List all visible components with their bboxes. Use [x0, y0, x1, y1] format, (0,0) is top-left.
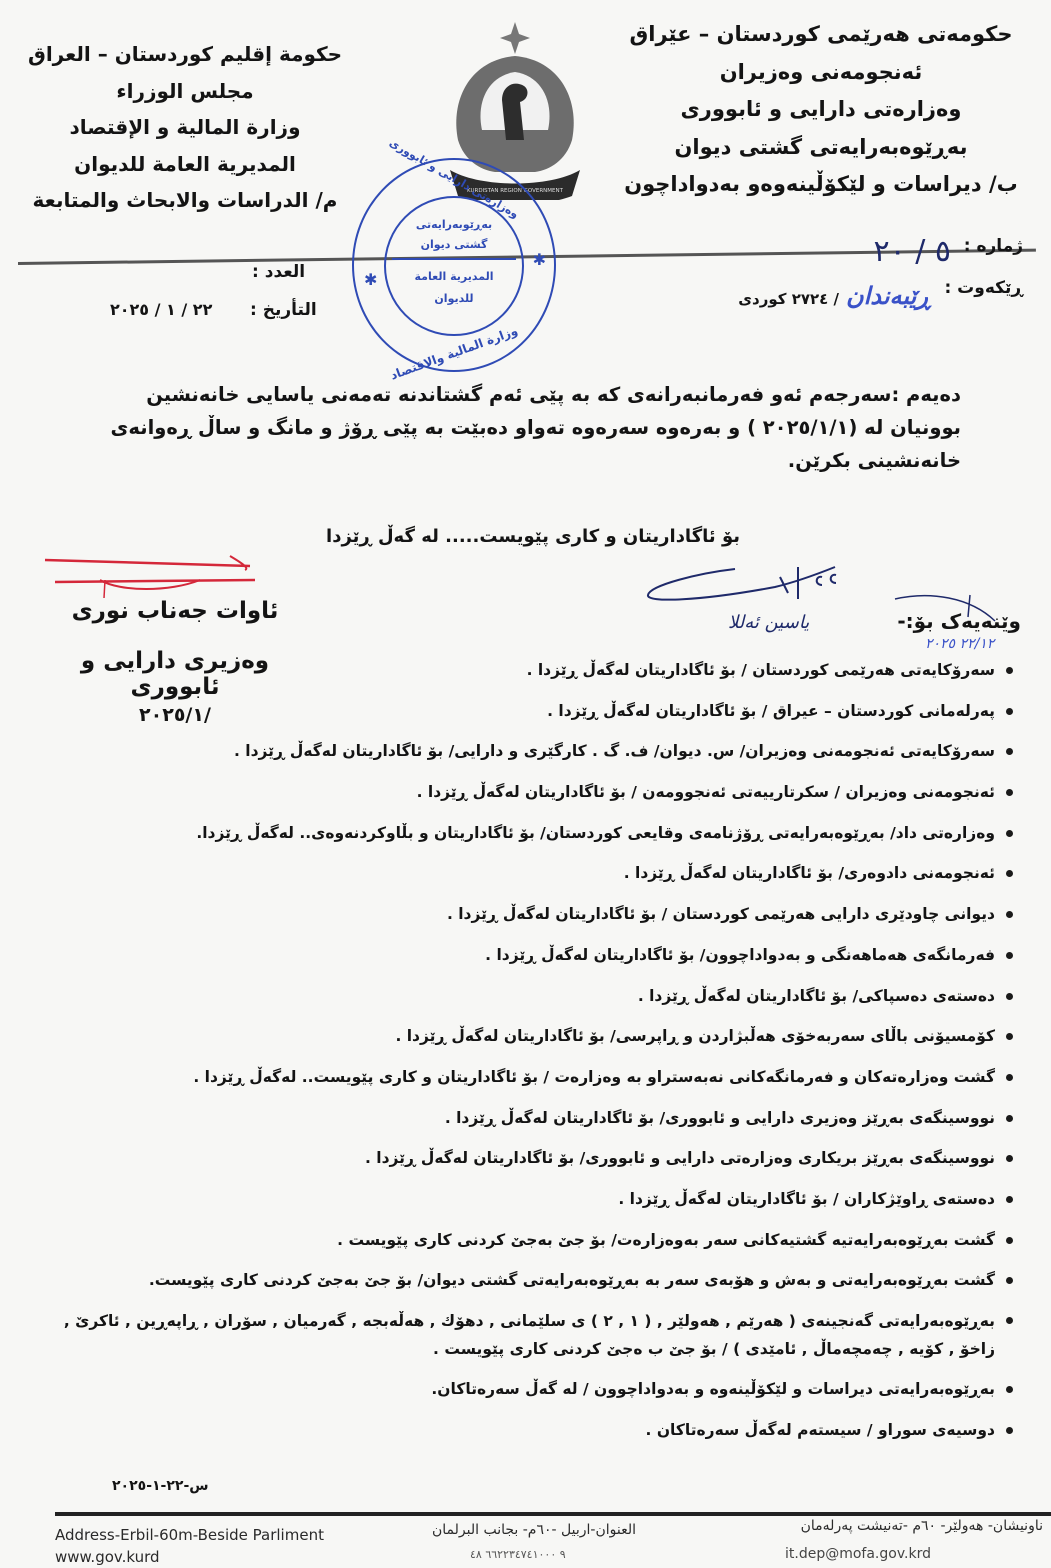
header-arabic-line: المديرية العامة للديوان: [20, 146, 350, 183]
date-handwritten-month: ڕێبەندان: [846, 282, 931, 310]
cc-item: گشت بەڕێوەبەرایەتی و بەش و هۆبەی سەر بە …: [25, 1260, 1015, 1301]
cc-item: بەڕێوەبەرایەتی دیراسات و لێکۆڵینەوە و بە…: [25, 1369, 1015, 1410]
header-kurdish-line: بەڕێوەبەرایەتی گشتی دیوان: [621, 129, 1021, 167]
stamp-star-icon: ✱: [364, 270, 377, 289]
closing-line: بۆ ئاگاداریتان و کاری پێویست..... لە گەڵ…: [300, 526, 740, 547]
ar-number-label: العدد :: [252, 262, 305, 282]
cc-item: دەستەی ڕاوێژکاران / بۆ ئاگاداریتان لەگەڵ…: [25, 1179, 1015, 1220]
date-value: ڕێبەندان / ٢٧٢٤ كوردی: [738, 282, 931, 310]
cc-item: پەرلەمانی کوردستان – عیراق / بۆ ئاگاداری…: [25, 691, 1015, 732]
cc-item: نووسینگەی بەڕێز وەزیری دارایی و ئابووری/…: [25, 1098, 1015, 1139]
stamp-inner-circle: بەڕێوبەرایەتی گشتی دیوان المديرية العامة…: [384, 196, 524, 336]
cc-list: سەرۆکایەتی هەرێمی کوردستان / بۆ ئاگاداری…: [25, 650, 1015, 1450]
header-arabic-line: حكومة إقليم كوردستان – العراق: [20, 36, 350, 73]
header-arabic: حكومة إقليم كوردستان – العراق مجلس الوزر…: [20, 36, 350, 219]
ar-date-label: التأريخ :: [250, 300, 317, 320]
footer-divider: [55, 1512, 1051, 1516]
footer-address-ar: العنوان-اربيل -٦٠م- بجانب البرلمان: [432, 1522, 636, 1538]
header-kurdish-line: حکومەتی هەرێمی کوردستان – عێراق: [621, 16, 1021, 54]
typist-reference: س-٢٢-١-٢٠٢٥: [112, 1478, 209, 1494]
cc-title: وێنەیەک بۆ:-: [897, 609, 1021, 633]
cc-item: گشت وەزارەتەکان و فەرمانگەکانی نەبەستراو…: [25, 1057, 1015, 1098]
stamp-line: گشتی دیوان: [386, 238, 522, 251]
cc-item: سەرۆکایەتی هەرێمی کوردستان / بۆ ئاگاداری…: [25, 650, 1015, 691]
cc-item: ئەنجومەنی دادوەری/ بۆ ئاگاداریتان لەگەڵ …: [25, 853, 1015, 894]
stamp-star-icon: ✱: [533, 250, 546, 269]
cc-item: نووسینگەی بەڕێز بریکاری وەزارەتی دارایی …: [25, 1138, 1015, 1179]
cc-item: دیوانی چاودێری دارایی هەرێمی کوردستان / …: [25, 894, 1015, 935]
cc-item: وەزارەتی داد/ بەڕێوەبەرایەتی ڕۆژنامەی وق…: [25, 813, 1015, 854]
cc-item: سەرۆکایەتی ئەنجومەنی وەزیران/ س. دیوان/ …: [25, 731, 1015, 772]
date-year: / ٢٧٢٤ كوردی: [738, 290, 839, 308]
number-handwritten: ٥ / ٢٠: [873, 234, 951, 269]
date-label: ڕێکەوت :: [944, 278, 1023, 298]
stamp-line: بەڕێوبەرایەتی: [386, 218, 522, 231]
cc-item: دوسیەی سوراو / سیستەم لەگەڵ سەرەتاکان .: [25, 1410, 1015, 1451]
cc-item: ئەنجومەنی وەزیران / سکرتارییەتی ئەنجوومە…: [25, 772, 1015, 813]
footer-website[interactable]: www.gov.kurd: [55, 1548, 160, 1566]
ar-date-value: ٢٢ / ١ / ٢٠٢٥: [110, 300, 212, 319]
header-arabic-line: م/ الدراسات والابحاث والمتابعة: [20, 182, 350, 219]
footer-email[interactable]: it.dep@mofa.gov.krd: [785, 1546, 931, 1562]
footer-phone: ٩ ٦٦٢٢٣٤٧٤١٠٠٠ ٤٨: [470, 1548, 566, 1561]
cc-item: بەڕێوەبەرایەتی گەنجینەی ( هەرێم , هەولێر…: [25, 1301, 1015, 1369]
cc-item: فەرمانگەی هەماهەنگی و بەدواداچوون/ بۆ ئا…: [25, 935, 1015, 976]
number-label: ژمارە :: [964, 236, 1023, 256]
header-kurdish-line: ب/ دیراسات و لێکۆڵینەوەو بەدواداچون: [621, 166, 1021, 204]
stamp-divider: [392, 258, 516, 260]
cc-item: گشت بەڕێوەبەرایەتیە گشتیەکانی سەر بەوەزا…: [25, 1220, 1015, 1261]
marginal-handwriting: یاسین ئەللا: [728, 612, 809, 633]
stamp-line: المديرية العامة: [386, 270, 522, 283]
header-kurdish-line: ئەنجومەنی وەزیران: [621, 54, 1021, 92]
header-arabic-line: وزارة المالية و الإقتصاد: [20, 109, 350, 146]
decision-paragraph: دەیەم :سەرجەم ئەو فەرمانبەرانەی کە بە پێ…: [81, 378, 961, 477]
footer-address-en: Address-Erbil-60m-Beside Parliment: [55, 1526, 324, 1544]
footer-address-ku: ناونیشان- هەولێر- ٦٠م -تەنیشت پەرلەمان: [801, 1518, 1043, 1534]
minister-name: ئاوات جەناب نوری: [40, 598, 310, 624]
header-arabic-line: مجلس الوزراء: [20, 73, 350, 110]
header-kurdish: حکومەتی هەرێمی کوردستان – عێراق ئەنجومەن…: [621, 16, 1021, 204]
stamp-line: للديوان: [386, 292, 522, 305]
minister-signature-icon: [40, 550, 270, 600]
official-stamp: بەڕێوبەرایەتی گشتی دیوان المديرية العامة…: [352, 158, 556, 372]
cc-item: دەستەی دەسپاکی/ بۆ ئاگاداریتان لەگەڵ ڕێز…: [25, 976, 1015, 1017]
header-kurdish-line: وەزارەتی دارایی و ئابووری: [621, 91, 1021, 129]
cc-item: کۆمسیۆنی باڵای سەربەخۆی هەڵبژاردن و ڕاپر…: [25, 1016, 1015, 1057]
